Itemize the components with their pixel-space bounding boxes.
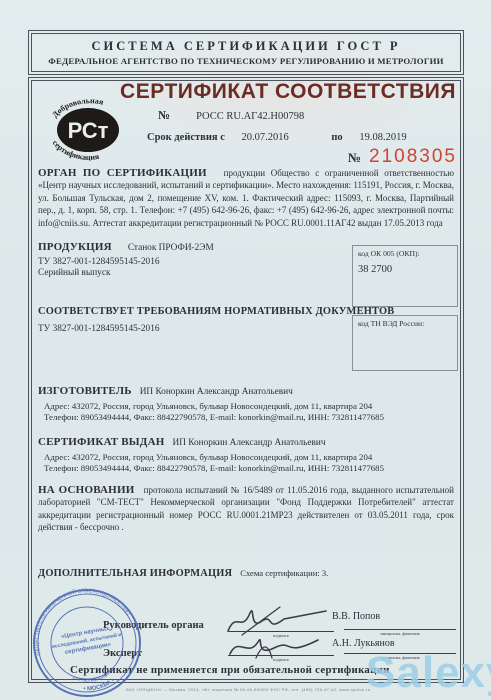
section-additional-info: ДОПОЛНИТЕЛЬНАЯ ИНФОРМАЦИЯ Схема сертифик… — [38, 563, 454, 581]
okp-code-label: код ОК 005 (ОКП): — [358, 249, 452, 258]
issued-to-label: СЕРТИФИКАТ ВЫДАН — [38, 436, 164, 448]
tnved-code-label: код ТН ВЭД России: — [358, 319, 452, 328]
head-name-caption: инициалы, фамилия — [344, 631, 456, 636]
stamp-ring-top-text: ОБЩЕСТВО С ОГРАНИЧЕННОЙ ОТВЕТСТВЕННОСТЬЮ — [26, 586, 135, 656]
certificate-number-line: №РОСС RU.АГ42.Н00798 — [158, 108, 304, 123]
salexy-watermark: Salexy — [366, 648, 491, 698]
system-title: СИСТЕМА СЕРТИФИКАЦИИ ГОСТ Р — [32, 39, 460, 54]
blank-number-value: 2108305 — [369, 146, 457, 167]
po-label: по — [331, 132, 342, 143]
validity-line: Срок действия с 20.07.2016 по 19.08.2019 — [147, 132, 407, 143]
blank-number-sign: № — [348, 150, 361, 165]
issued-to-contacts: Телефон: 89053494444, Факс: 88422790578,… — [44, 463, 454, 474]
okp-code-value: 38 2700 — [358, 264, 452, 275]
product-label: ПРОДУКЦИЯ — [38, 241, 112, 253]
agency-title: ФЕДЕРАЛЬНОЕ АГЕНТСТВО ПО ТЕХНИЧЕСКОМУ РЕ… — [32, 56, 460, 66]
certificate-title: СЕРТИФИКАТ СООТВЕТСТВИЯ — [112, 80, 464, 104]
section-manufacturer: ИЗГОТОВИТЕЛЬ ИП Коноркин Александр Анато… — [38, 381, 454, 424]
certificate-number: РОСС RU.АГ42.Н00798 — [196, 111, 304, 122]
issued-to-name: ИП Коноркин Александр Анатольевич — [172, 438, 325, 448]
basis-label: НА ОСНОВАНИИ — [38, 484, 134, 496]
expert-signature-icon — [222, 632, 342, 662]
section-certification-body: ОРГАН ПО СЕРТИФИКАЦИИ продукции Общество… — [38, 167, 454, 229]
additional-info-label: ДОПОЛНИТЕЛЬНАЯ ИНФОРМАЦИЯ — [38, 568, 232, 579]
additional-info-text: Схема сертификации: 3. — [240, 568, 328, 578]
blank-number: №2108305 — [348, 146, 457, 168]
manufacturer-name: ИП Коноркин Александр Анатольевич — [140, 387, 293, 397]
rst-letters: РСт — [68, 118, 109, 143]
head-name-line — [344, 629, 456, 630]
svg-text:ОБЩЕСТВО С ОГРАНИЧЕННОЙ ОТВЕТС: ОБЩЕСТВО С ОГРАНИЧЕННОЙ ОТВЕТСТВЕННОСТЬЮ — [26, 586, 135, 656]
manufacturer-label: ИЗГОТОВИТЕЛЬ — [38, 385, 132, 397]
section-issued-to: СЕРТИФИКАТ ВЫДАН ИП Коноркин Александр А… — [38, 432, 454, 475]
manufacturer-address: Адрес: 432072, Россия, город Ульяновск, … — [44, 401, 454, 412]
section-basis: НА ОСНОВАНИИ протокола испытаний № 16/54… — [38, 484, 454, 534]
certificate-page: СИСТЕМА СЕРТИФИКАЦИИ ГОСТ Р ФЕДЕРАЛЬНОЕ … — [0, 0, 491, 700]
validity-label: Срок действия с — [147, 132, 225, 143]
okp-code-box: код ОК 005 (ОКП): 38 2700 — [352, 245, 458, 307]
certification-body-label: ОРГАН ПО СЕРТИФИКАЦИИ — [38, 167, 207, 179]
issued-to-address: Адрес: 432072, Россия, город Ульяновск, … — [44, 452, 454, 463]
product-name: Станок ПРОФИ-2ЭМ — [128, 243, 214, 253]
number-sign: № — [158, 108, 170, 122]
valid-to-date: 19.08.2019 — [359, 132, 406, 143]
manufacturer-contacts: Телефон: 89053494444, Факс: 88422790578,… — [44, 412, 454, 423]
valid-from-date: 20.07.2016 — [242, 132, 289, 143]
stamp-seal-icon: ОБЩЕСТВО С ОГРАНИЧЕННОЙ ОТВЕТСТВЕННОСТЬЮ… — [26, 586, 148, 700]
header-box: СИСТЕМА СЕРТИФИКАЦИИ ГОСТ Р ФЕДЕРАЛЬНОЕ … — [28, 30, 464, 75]
tnved-code-box: код ТН ВЭД России: — [352, 315, 458, 371]
